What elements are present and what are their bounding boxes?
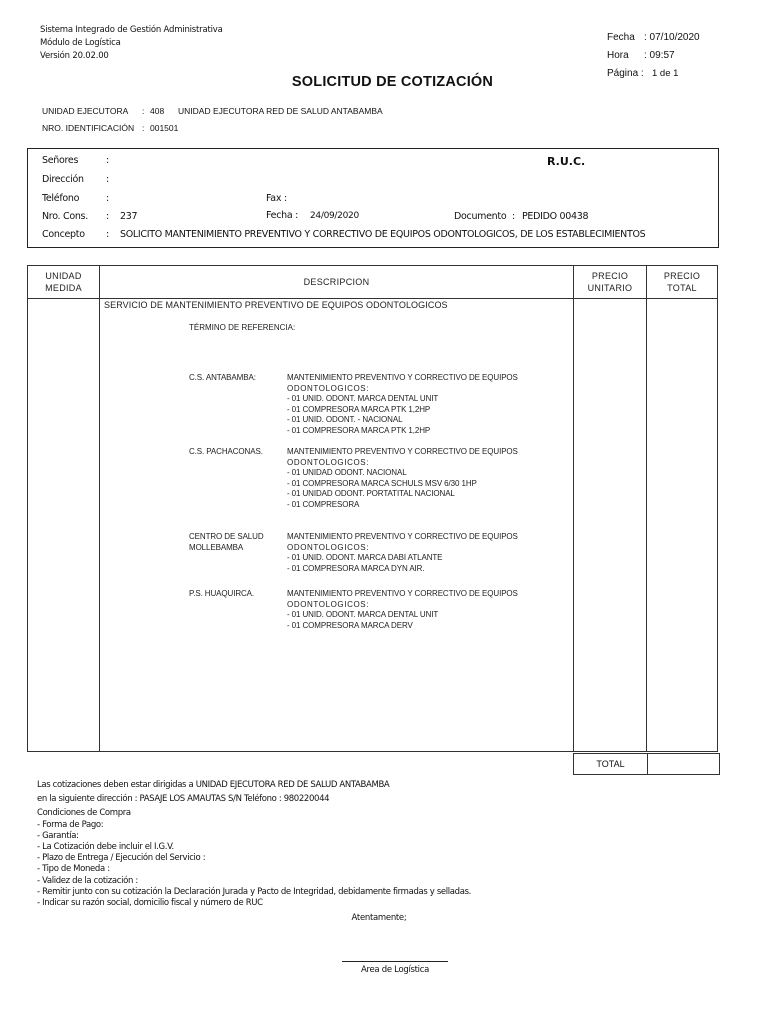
equipment-list: MANTENIMIENTO PREVENTIVO Y CORRECTIVO DE… <box>287 373 518 436</box>
nro-identificacion-label: NRO. IDENTIFICACIÓN <box>42 120 142 137</box>
fecha-value: 24/09/2020 <box>310 211 359 221</box>
fax-row: Fax: <box>266 193 298 204</box>
colon: : <box>106 155 120 166</box>
header-unidad-medida: UNIDADMEDIDA <box>28 266 100 299</box>
cell-unidad-medida <box>28 299 100 752</box>
conditions-title: Condiciones de Compra <box>37 808 471 819</box>
establishment-name: C.S. PACHACONAS. <box>189 447 287 510</box>
cell-descripcion: SERVICIO DE MANTENIMIENTO PREVENTIVO DE … <box>100 299 574 752</box>
page-title: SOLICITUD DE COTIZACIÓN <box>0 74 768 90</box>
items-table: UNIDADMEDIDA DESCRIPCION PRECIOUNITARIO … <box>27 265 718 752</box>
colon: : <box>142 120 150 137</box>
table-row: SERVICIO DE MANTENIMIENTO PREVENTIVO DE … <box>28 299 718 752</box>
supplier-box: Señores: R.U.C. Dirección: Teléfono: Fax… <box>27 148 719 248</box>
condition-item: - Plazo de Entrega / Ejecución del Servi… <box>37 853 471 864</box>
concepto-value: SOLICITO MANTENIMIENTO PREVENTIVO Y CORR… <box>120 229 645 240</box>
condition-item: - La Cotización debe incluir el I.G.V. <box>37 842 471 853</box>
header-precio-unitario: PRECIOUNITARIO <box>574 266 647 299</box>
documento-row: Documento:PEDIDO 00438 <box>454 211 588 222</box>
colon: : <box>106 193 120 204</box>
establishment-name: CENTRO DE SALUDMOLLEBAMBA <box>189 532 287 574</box>
table-header-row: UNIDADMEDIDA DESCRIPCION PRECIOUNITARIO … <box>28 266 718 299</box>
senores-row: Señores: <box>42 155 120 166</box>
header-info: UNIDAD EJECUTORA : 408 UNIDAD EJECUTORA … <box>42 103 383 137</box>
direccion-label: Dirección <box>42 174 106 185</box>
nro-cons-label: Nro. Cons. <box>42 211 106 222</box>
fecha-row: Fecha :24/09/2020 <box>266 210 359 221</box>
direccion-row: Dirección: <box>42 174 120 185</box>
footer-note: Las cotizaciones deben estar dirigidas a… <box>37 780 471 791</box>
ruc-label: R.U.C. <box>547 155 585 168</box>
header-precio-total: PRECIOTOTAL <box>647 266 718 299</box>
condition-item: - Tipo de Moneda : <box>37 864 471 875</box>
reference-section: C.S. ANTABAMBA:MANTENIMIENTO PREVENTIVO … <box>189 373 518 436</box>
equipment-list: MANTENIMIENTO PREVENTIVO Y CORRECTIVO DE… <box>287 532 518 574</box>
version: Versión 20.02.00 <box>40 50 223 63</box>
telefono-row: Teléfono: <box>42 193 120 204</box>
hora-value: : 09:57 <box>644 47 675 65</box>
documento-value: PEDIDO 00438 <box>522 211 588 222</box>
colon: : <box>106 174 120 185</box>
reference-section: CENTRO DE SALUDMOLLEBAMBAMANTENIMIENTO P… <box>189 532 518 574</box>
condition-item: - Indicar su razón social, domicilio fis… <box>37 898 471 909</box>
module-name: Módulo de Logística <box>40 37 223 50</box>
telefono-label: Teléfono <box>42 193 106 204</box>
item-description: SERVICIO DE MANTENIMIENTO PREVENTIVO DE … <box>104 300 448 310</box>
unidad-label: UNIDAD EJECUTORA <box>42 103 142 120</box>
footer-note: en la siguiente dirección : PASAJE LOS A… <box>37 794 471 805</box>
atentamente: Atentamente; <box>0 913 768 923</box>
signature-line <box>342 961 448 962</box>
senores-label: Señores <box>42 155 106 166</box>
colon: : <box>106 229 120 240</box>
total-label: TOTAL <box>573 753 648 775</box>
documento-label: Documento <box>454 211 512 222</box>
cell-precio-total <box>647 299 718 752</box>
concepto-label: Concepto <box>42 229 106 240</box>
condition-item: - Validez de la cotización : <box>37 876 471 887</box>
fecha-value: : 07/10/2020 <box>644 29 700 47</box>
fecha-label: Fecha : <box>266 210 310 221</box>
condition-item: - Remitir junto con su cotización la Dec… <box>37 887 471 898</box>
unidad-code: 408 <box>150 103 178 120</box>
condition-item: - Forma de Pago: <box>37 820 471 831</box>
colon: : <box>512 211 522 222</box>
equipment-list: MANTENIMIENTO PREVENTIVO Y CORRECTIVO DE… <box>287 447 518 510</box>
colon: : <box>106 211 120 222</box>
total-value <box>648 753 720 775</box>
colon: : <box>284 193 298 204</box>
fecha-label: Fecha <box>607 29 644 47</box>
fax-label: Fax <box>266 193 284 204</box>
equipment-list: MANTENIMIENTO PREVENTIVO Y CORRECTIVO DE… <box>287 589 518 631</box>
reference-section: C.S. PACHACONAS.MANTENIMIENTO PREVENTIVO… <box>189 447 518 510</box>
nro-cons-value: 237 <box>120 211 137 222</box>
total-row: TOTAL <box>573 753 720 775</box>
area-logistica: Area de Logística <box>11 965 768 975</box>
concepto-row: Concepto:SOLICITO MANTENIMIENTO PREVENTI… <box>42 229 645 240</box>
unidad-name: UNIDAD EJECUTORA RED DE SALUD ANTABAMBA <box>178 103 383 120</box>
hora-label: Hora <box>607 47 644 65</box>
reference-section: P.S. HUAQUIRCA.MANTENIMIENTO PREVENTIVO … <box>189 589 518 631</box>
nro-cons-row: Nro. Cons.:237 <box>42 211 137 222</box>
colon: : <box>142 103 150 120</box>
nro-identificacion-value: 001501 <box>150 120 178 137</box>
cell-precio-unitario <box>574 299 647 752</box>
header-descripcion: DESCRIPCION <box>100 266 574 299</box>
establishment-name: C.S. ANTABAMBA: <box>189 373 287 436</box>
establishment-name: P.S. HUAQUIRCA. <box>189 589 287 631</box>
footer-conditions: Las cotizaciones deben estar dirigidas a… <box>37 780 471 909</box>
reference-title: TÉRMINO DE REFERENCIA: <box>189 323 295 332</box>
signature-block: Atentamente; Area de Logística <box>0 913 768 975</box>
system-name: Sistema Integrado de Gestión Administrat… <box>40 24 223 37</box>
system-info: Sistema Integrado de Gestión Administrat… <box>40 24 223 63</box>
condition-item: - Garantía: <box>37 831 471 842</box>
